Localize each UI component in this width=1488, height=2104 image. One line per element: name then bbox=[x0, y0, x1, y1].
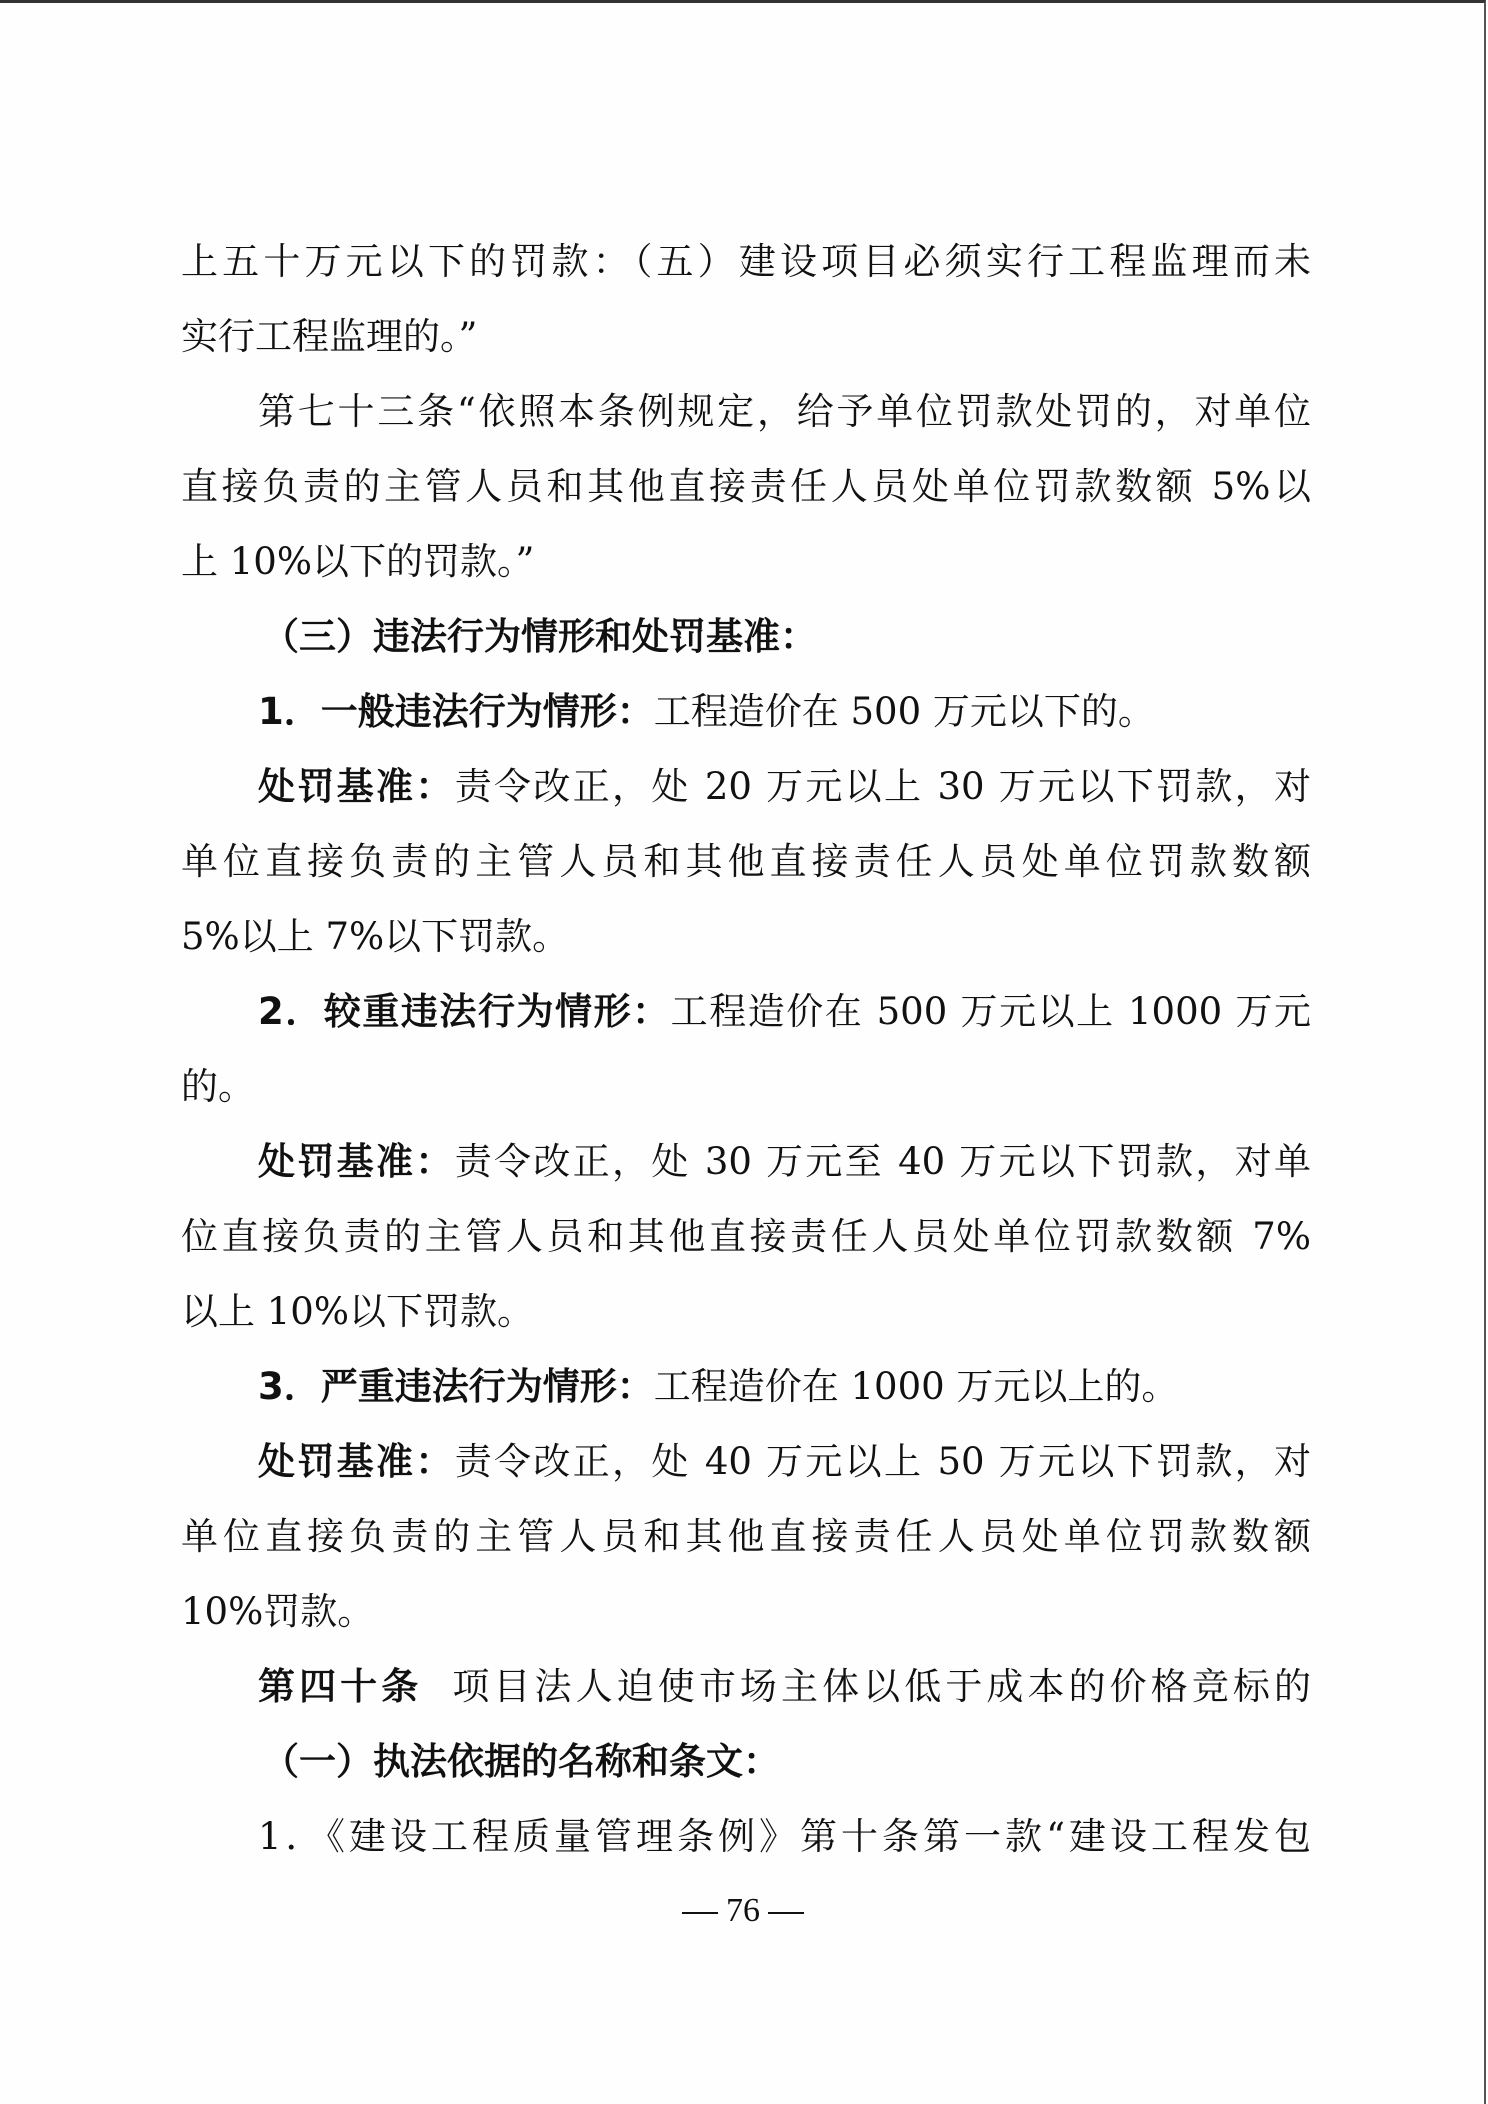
paragraph-line: 以上 10%以下罚款。 bbox=[181, 1286, 1311, 1338]
penalty-text: 责令改正，处 20 万元以上 30 万元以下罚款，对 bbox=[455, 765, 1311, 808]
penalty-label: 处罚基准： bbox=[258, 1140, 455, 1183]
penalty-label: 处罚基准： bbox=[258, 765, 455, 808]
paragraph-line: 第七十三条“依照本条例规定，给予单位罚款处罚的，对单位 bbox=[258, 386, 1311, 438]
dash-left bbox=[682, 1912, 718, 1914]
case-text: 工程造价在 1000 万元以上的。 bbox=[654, 1365, 1179, 1408]
paragraph-line: 位直接负责的主管人员和其他直接责任人员处单位罚款数额 7% bbox=[181, 1211, 1311, 1263]
penalty-text: 责令改正，处 40 万元以上 50 万元以下罚款，对 bbox=[455, 1440, 1311, 1483]
paragraph-line: 直接负责的主管人员和其他直接责任人员处单位罚款数额 5%以 bbox=[181, 461, 1311, 513]
penalty-line: 处罚基准：责令改正，处 30 万元至 40 万元以下罚款，对单 bbox=[258, 1136, 1311, 1188]
page-number-value: 76 bbox=[726, 1892, 760, 1929]
paragraph-line: 单位直接负责的主管人员和其他直接责任人员处单位罚款数额 bbox=[181, 1511, 1311, 1563]
case-text: 工程造价在 500 万元以下的。 bbox=[654, 690, 1155, 733]
case-label: 1．一般违法行为情形： bbox=[258, 690, 654, 733]
paragraph-line: 10%罚款。 bbox=[181, 1586, 1311, 1638]
dash-right bbox=[768, 1912, 804, 1914]
case-line: 3．严重违法行为情形：工程造价在 1000 万元以上的。 bbox=[258, 1361, 1311, 1413]
paragraph-line: 的。 bbox=[181, 1061, 1311, 1113]
penalty-text: 责令改正，处 30 万元至 40 万元以下罚款，对单 bbox=[455, 1140, 1311, 1183]
paragraph-line: 上五十万元以下的罚款：（五）建设项目必须实行工程监理而未 bbox=[181, 236, 1311, 288]
paragraph-line: 1．《建设工程质量管理条例》第十条第一款“建设工程发包 bbox=[258, 1811, 1311, 1863]
penalty-line: 处罚基准：责令改正，处 40 万元以上 50 万元以下罚款，对 bbox=[258, 1436, 1311, 1488]
case-label: 3．严重违法行为情形： bbox=[258, 1365, 654, 1408]
section-heading: （三）违法行为情形和处罚基准： bbox=[262, 611, 1315, 663]
paragraph-line: 单位直接负责的主管人员和其他直接责任人员处单位罚款数额 bbox=[181, 836, 1311, 888]
paragraph-line: 实行工程监理的。” bbox=[181, 311, 1311, 363]
document-page: 上五十万元以下的罚款：（五）建设项目必须实行工程监理而未 实行工程监理的。” 第… bbox=[0, 0, 1486, 2104]
article-number: 第四十条 bbox=[258, 1665, 422, 1708]
penalty-line: 处罚基准：责令改正，处 20 万元以上 30 万元以下罚款，对 bbox=[258, 761, 1311, 813]
case-label: 2．较重违法行为情形： bbox=[258, 990, 671, 1033]
case-line: 1．一般违法行为情形：工程造价在 500 万元以下的。 bbox=[258, 686, 1311, 738]
paragraph-line: 上 10%以下的罚款。” bbox=[181, 536, 1311, 588]
case-line: 2．较重违法行为情形：工程造价在 500 万元以上 1000 万元 bbox=[258, 986, 1311, 1038]
case-text: 工程造价在 500 万元以上 1000 万元 bbox=[671, 990, 1311, 1033]
article-line: 第四十条项目法人迫使市场主体以低于成本的价格竞标的 bbox=[258, 1661, 1311, 1713]
page-number: 76 bbox=[0, 1891, 1486, 1931]
penalty-label: 处罚基准： bbox=[258, 1440, 455, 1483]
section-heading: （一）执法依据的名称和条文： bbox=[262, 1736, 1315, 1788]
article-title: 项目法人迫使市场主体以低于成本的价格竞标的 bbox=[452, 1665, 1311, 1708]
paragraph-line: 5%以上 7%以下罚款。 bbox=[181, 911, 1311, 963]
